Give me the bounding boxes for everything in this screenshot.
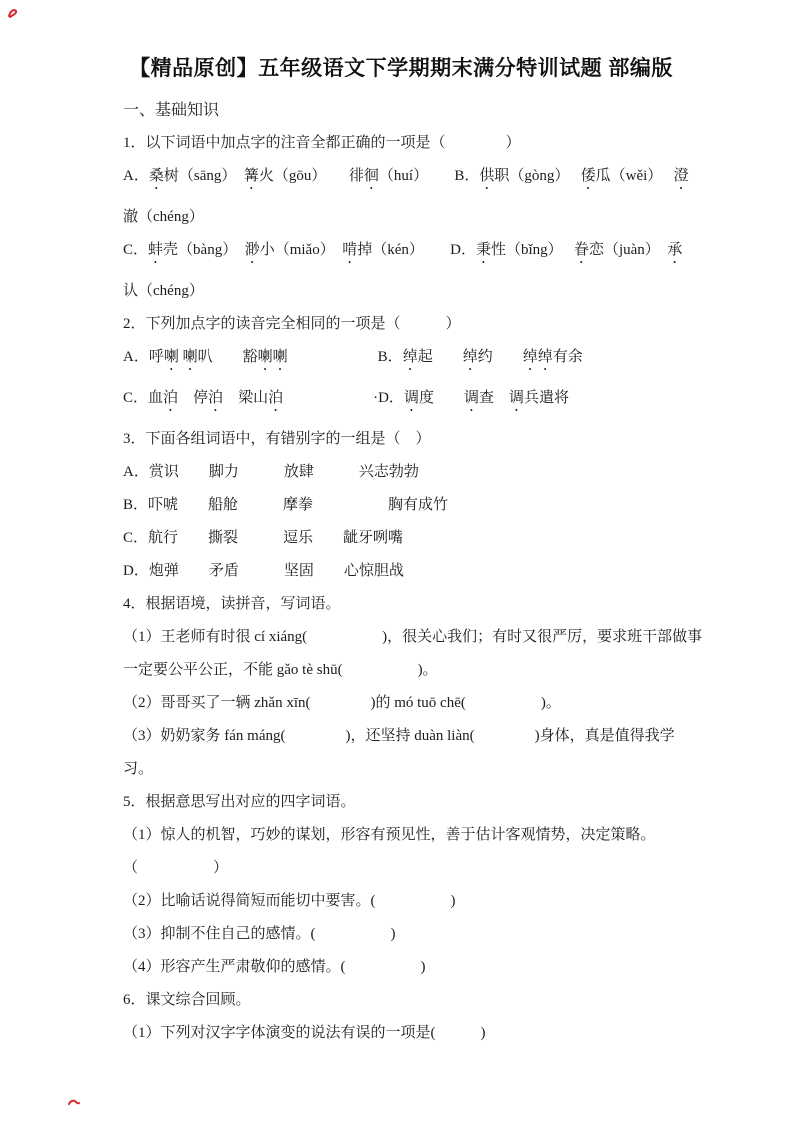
- doc-line: 6．课文综合回顾。: [123, 991, 679, 1009]
- doc-line: C．血泊 停泊 梁山泊 ·D．调度 调查 调兵遣将: [123, 389, 679, 415]
- emphasis-dot-char: 倭: [581, 168, 596, 184]
- red-pen-mark-bottom-icon: [68, 1098, 80, 1107]
- doc-line: A．桑树（sāng） 篝火（gōu） 徘徊（huí） B．供职（gòng） 倭瓜…: [123, 167, 679, 193]
- document-content: 【精品原创】五年级语文下学期期末满分特训试题 部编版 一、基础知识 1．以下词语…: [123, 56, 679, 1057]
- doc-line: C．蚌壳（bàng） 渺小（miǎo） 啃掉（kén） D．秉性（bǐng） 眷…: [123, 241, 679, 267]
- doc-line: 2．下列加点字的读音完全相同的一项是（ ）: [123, 315, 679, 333]
- emphasis-dot-char: 泊: [268, 390, 283, 406]
- emphasis-dot-char: 澄: [674, 168, 689, 184]
- section-heading: 一、基础知识: [123, 102, 679, 120]
- emphasis-dot-char: 喇: [183, 349, 198, 365]
- doc-line: 4．根据语境，读拼音，写词语。: [123, 595, 679, 613]
- emphasis-dot-char: 绰: [523, 349, 538, 365]
- emphasis-dot-char: 渺: [245, 242, 260, 258]
- exam-page: 【精品原创】五年级语文下学期期末满分特训试题 部编版 一、基础知识 1．以下词语…: [0, 0, 793, 1122]
- emphasis-dot-char: 篝: [244, 168, 259, 184]
- doc-line: B．吓唬 船舱 摩拳 胸有成竹: [123, 496, 679, 514]
- emphasis-dot-char: 泊: [163, 390, 178, 406]
- emphasis-dot-char: 桑: [149, 168, 164, 184]
- doc-line: 澈（chéng）: [123, 208, 679, 226]
- doc-line: 5．根据意思写出对应的四字词语。: [123, 793, 679, 811]
- doc-line: 一定要公平公正，不能 gǎo tè shū( )。: [123, 661, 679, 679]
- doc-line: （4）形容产生严肃敬仰的感情。( ): [123, 958, 679, 976]
- doc-line: 认（chéng）: [123, 282, 679, 300]
- doc-line: 1．以下词语中加点字的注音全都正确的一项是（ ）: [123, 134, 679, 152]
- doc-line: D．炮弹 矛盾 坚固 心惊胆战: [123, 562, 679, 580]
- emphasis-dot-char: 眷: [574, 242, 589, 258]
- emphasis-dot-char: 泊: [208, 390, 223, 406]
- doc-line: A．呼喇 喇叭 豁喇喇 B．绰起 绰约 绰绰有余: [123, 348, 679, 374]
- emphasis-dot-char: 喇: [258, 349, 273, 365]
- doc-line: 习。: [123, 760, 679, 778]
- emphasis-dot-char: 喇: [164, 349, 179, 365]
- doc-line: （3）抑制不住自己的感情。( ): [123, 925, 679, 943]
- emphasis-dot-char: 绰: [463, 349, 478, 365]
- emphasis-dot-char: 喇: [273, 349, 288, 365]
- doc-line: （1）王老师有时很 cí xiáng( )，很关心我们；有时又很严厉，要求班干部…: [123, 628, 679, 646]
- doc-line: （2）哥哥买了一辆 zhǎn xīn( )的 mó tuō chē( )。: [123, 694, 679, 712]
- emphasis-dot-char: 秉: [476, 242, 491, 258]
- doc-line: （3）奶奶家务 fán máng( )，还坚持 duàn liàn( )身体，真…: [123, 727, 679, 745]
- doc-line: （ ）: [123, 859, 679, 877]
- doc-line: （1）惊人的机智，巧妙的谋划，形容有预见性，善于估计客观情势，决定策略。: [123, 826, 679, 844]
- emphasis-dot-char: 承: [667, 242, 682, 258]
- document-lines: 1．以下词语中加点字的注音全都正确的一项是（ ）A．桑树（sāng） 篝火（gō…: [123, 134, 679, 1042]
- emphasis-dot-char: 啃: [342, 242, 357, 258]
- emphasis-dot-char: 供: [479, 168, 494, 184]
- emphasis-dot-char: 调: [464, 390, 479, 406]
- emphasis-dot-char: 调: [509, 390, 524, 406]
- doc-line: C．航行 撕裂 逗乐 龇牙咧嘴: [123, 529, 679, 547]
- emphasis-dot-char: 绰: [403, 349, 418, 365]
- doc-line: 3．下面各组词语中，有错别字的一组是（ ）: [123, 430, 679, 448]
- page-title: 【精品原创】五年级语文下学期期末满分特训试题 部编版: [123, 56, 679, 82]
- emphasis-dot-char: 调: [404, 390, 419, 406]
- doc-line: （1）下列对汉字字体演变的说法有误的一项是( ): [123, 1024, 679, 1042]
- doc-line: A．赏识 脚力 放肆 兴志勃勃: [123, 463, 679, 481]
- red-pen-mark-top-icon: [6, 6, 20, 20]
- emphasis-dot-char: 蚌: [148, 242, 163, 258]
- doc-line: （2）比喻话说得简短而能切中要害。( ): [123, 892, 679, 910]
- emphasis-dot-char: 徊: [364, 168, 379, 184]
- emphasis-dot-char: 绰: [538, 349, 553, 365]
